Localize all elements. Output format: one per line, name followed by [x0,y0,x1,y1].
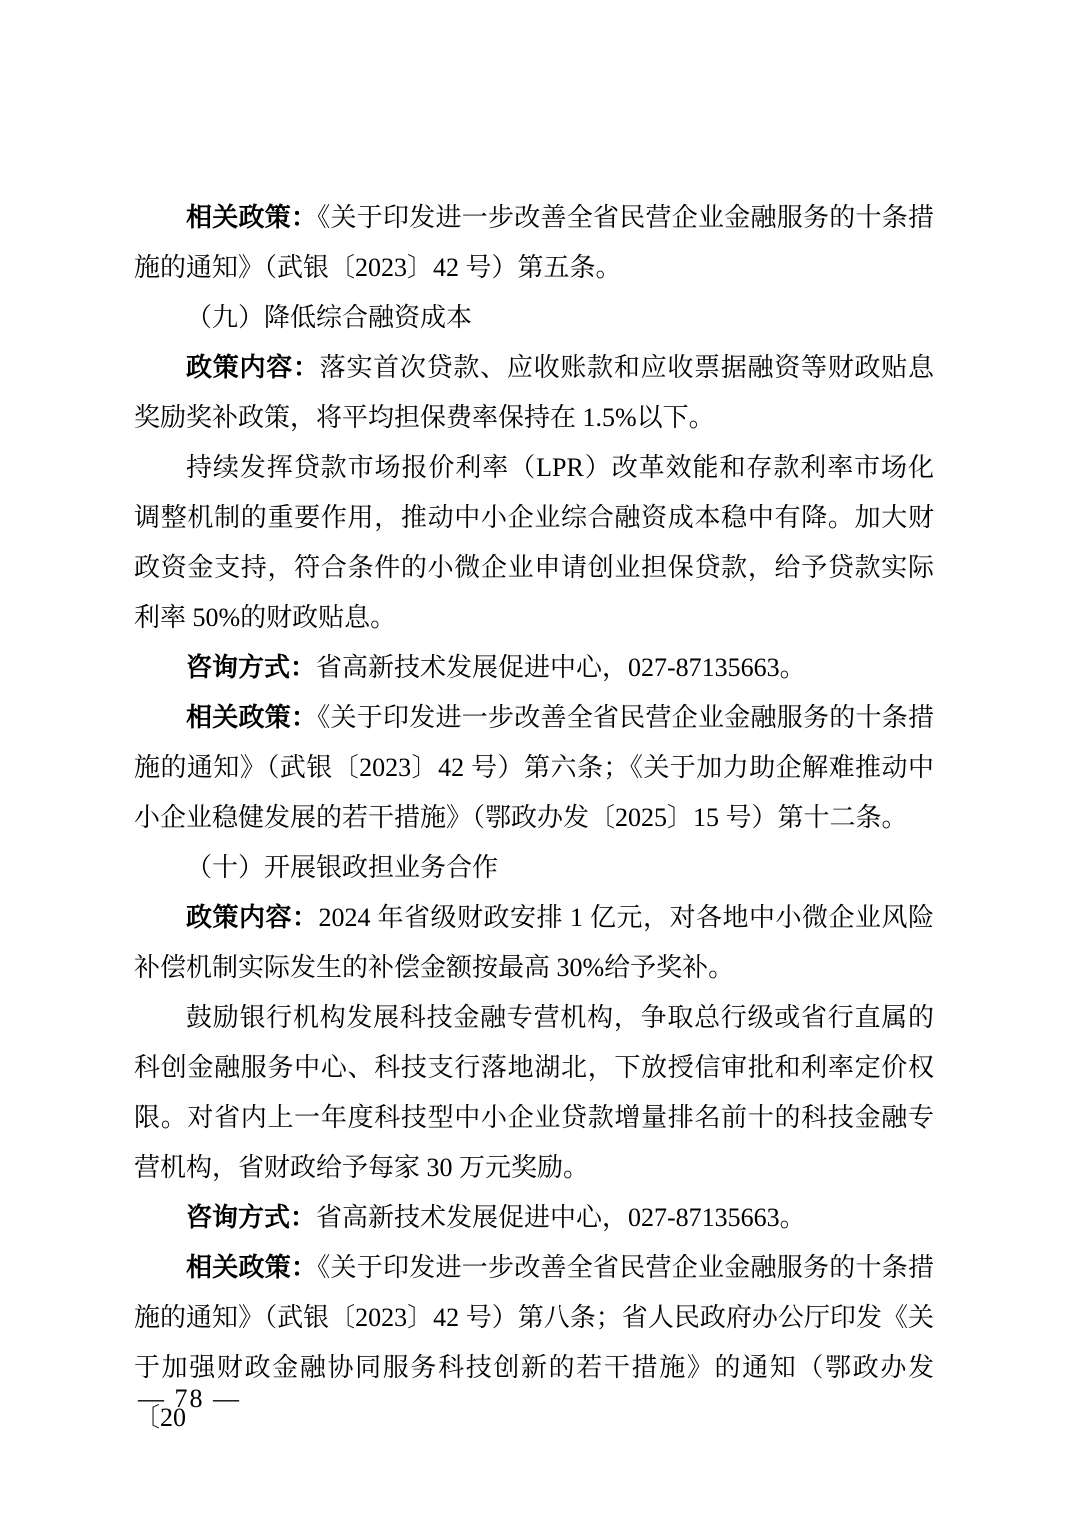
paragraph-label: 相关政策： [186,1253,317,1282]
document-page: 相关政策：《关于印发进一步改善全省民营企业金融服务的十条措施的通知》（武银〔20… [0,0,1074,1520]
paragraph-label: 政策内容： [186,903,319,932]
paragraph-label: 咨询方式： [186,1203,316,1232]
paragraph-text: 省高新技术发展促进中心，027-87135663。 [316,1203,806,1232]
paragraph-label: 相关政策： [186,703,317,732]
paragraph-text: 省高新技术发展促进中心，027-87135663。 [316,653,806,682]
paragraph-policy-content-1-continued: 持续发挥贷款市场报价利率（LPR）改革效能和存款利率市场化调整机制的重要作用，推… [134,443,934,643]
paragraph-policy-content-2: 政策内容：2024 年省级财政安排 1 亿元，对各地中小微企业风险补偿机制实际发… [134,893,934,993]
paragraph-label: 相关政策： [186,203,317,232]
page-number: — 78 — [138,1383,241,1415]
paragraph-related-policy-3: 相关政策：《关于印发进一步改善全省民营企业金融服务的十条措施的通知》（武银〔20… [134,1243,934,1443]
document-body: 相关政策：《关于印发进一步改善全省民营企业金融服务的十条措施的通知》（武银〔20… [134,193,934,1443]
paragraph-contact-1: 咨询方式：省高新技术发展促进中心，027-87135663。 [134,643,934,693]
paragraph-policy-content-1: 政策内容：落实首次贷款、应收账款和应收票据融资等财政贴息奖励奖补政策，将平均担保… [134,343,934,443]
paragraph-label: 咨询方式： [186,653,316,682]
paragraph-policy-content-2-continued: 鼓励银行机构发展科技金融专营机构，争取总行级或省行直属的科创金融服务中心、科技支… [134,993,934,1193]
paragraph-related-policy-1: 相关政策：《关于印发进一步改善全省民营企业金融服务的十条措施的通知》（武银〔20… [134,193,934,293]
paragraph-related-policy-2: 相关政策：《关于印发进一步改善全省民营企业金融服务的十条措施的通知》（武银〔20… [134,693,934,843]
section-heading-ten: （十）开展银政担业务合作 [134,843,934,893]
paragraph-label: 政策内容： [186,353,320,382]
section-heading-nine: （九）降低综合融资成本 [134,293,934,343]
paragraph-contact-2: 咨询方式：省高新技术发展促进中心，027-87135663。 [134,1193,934,1243]
